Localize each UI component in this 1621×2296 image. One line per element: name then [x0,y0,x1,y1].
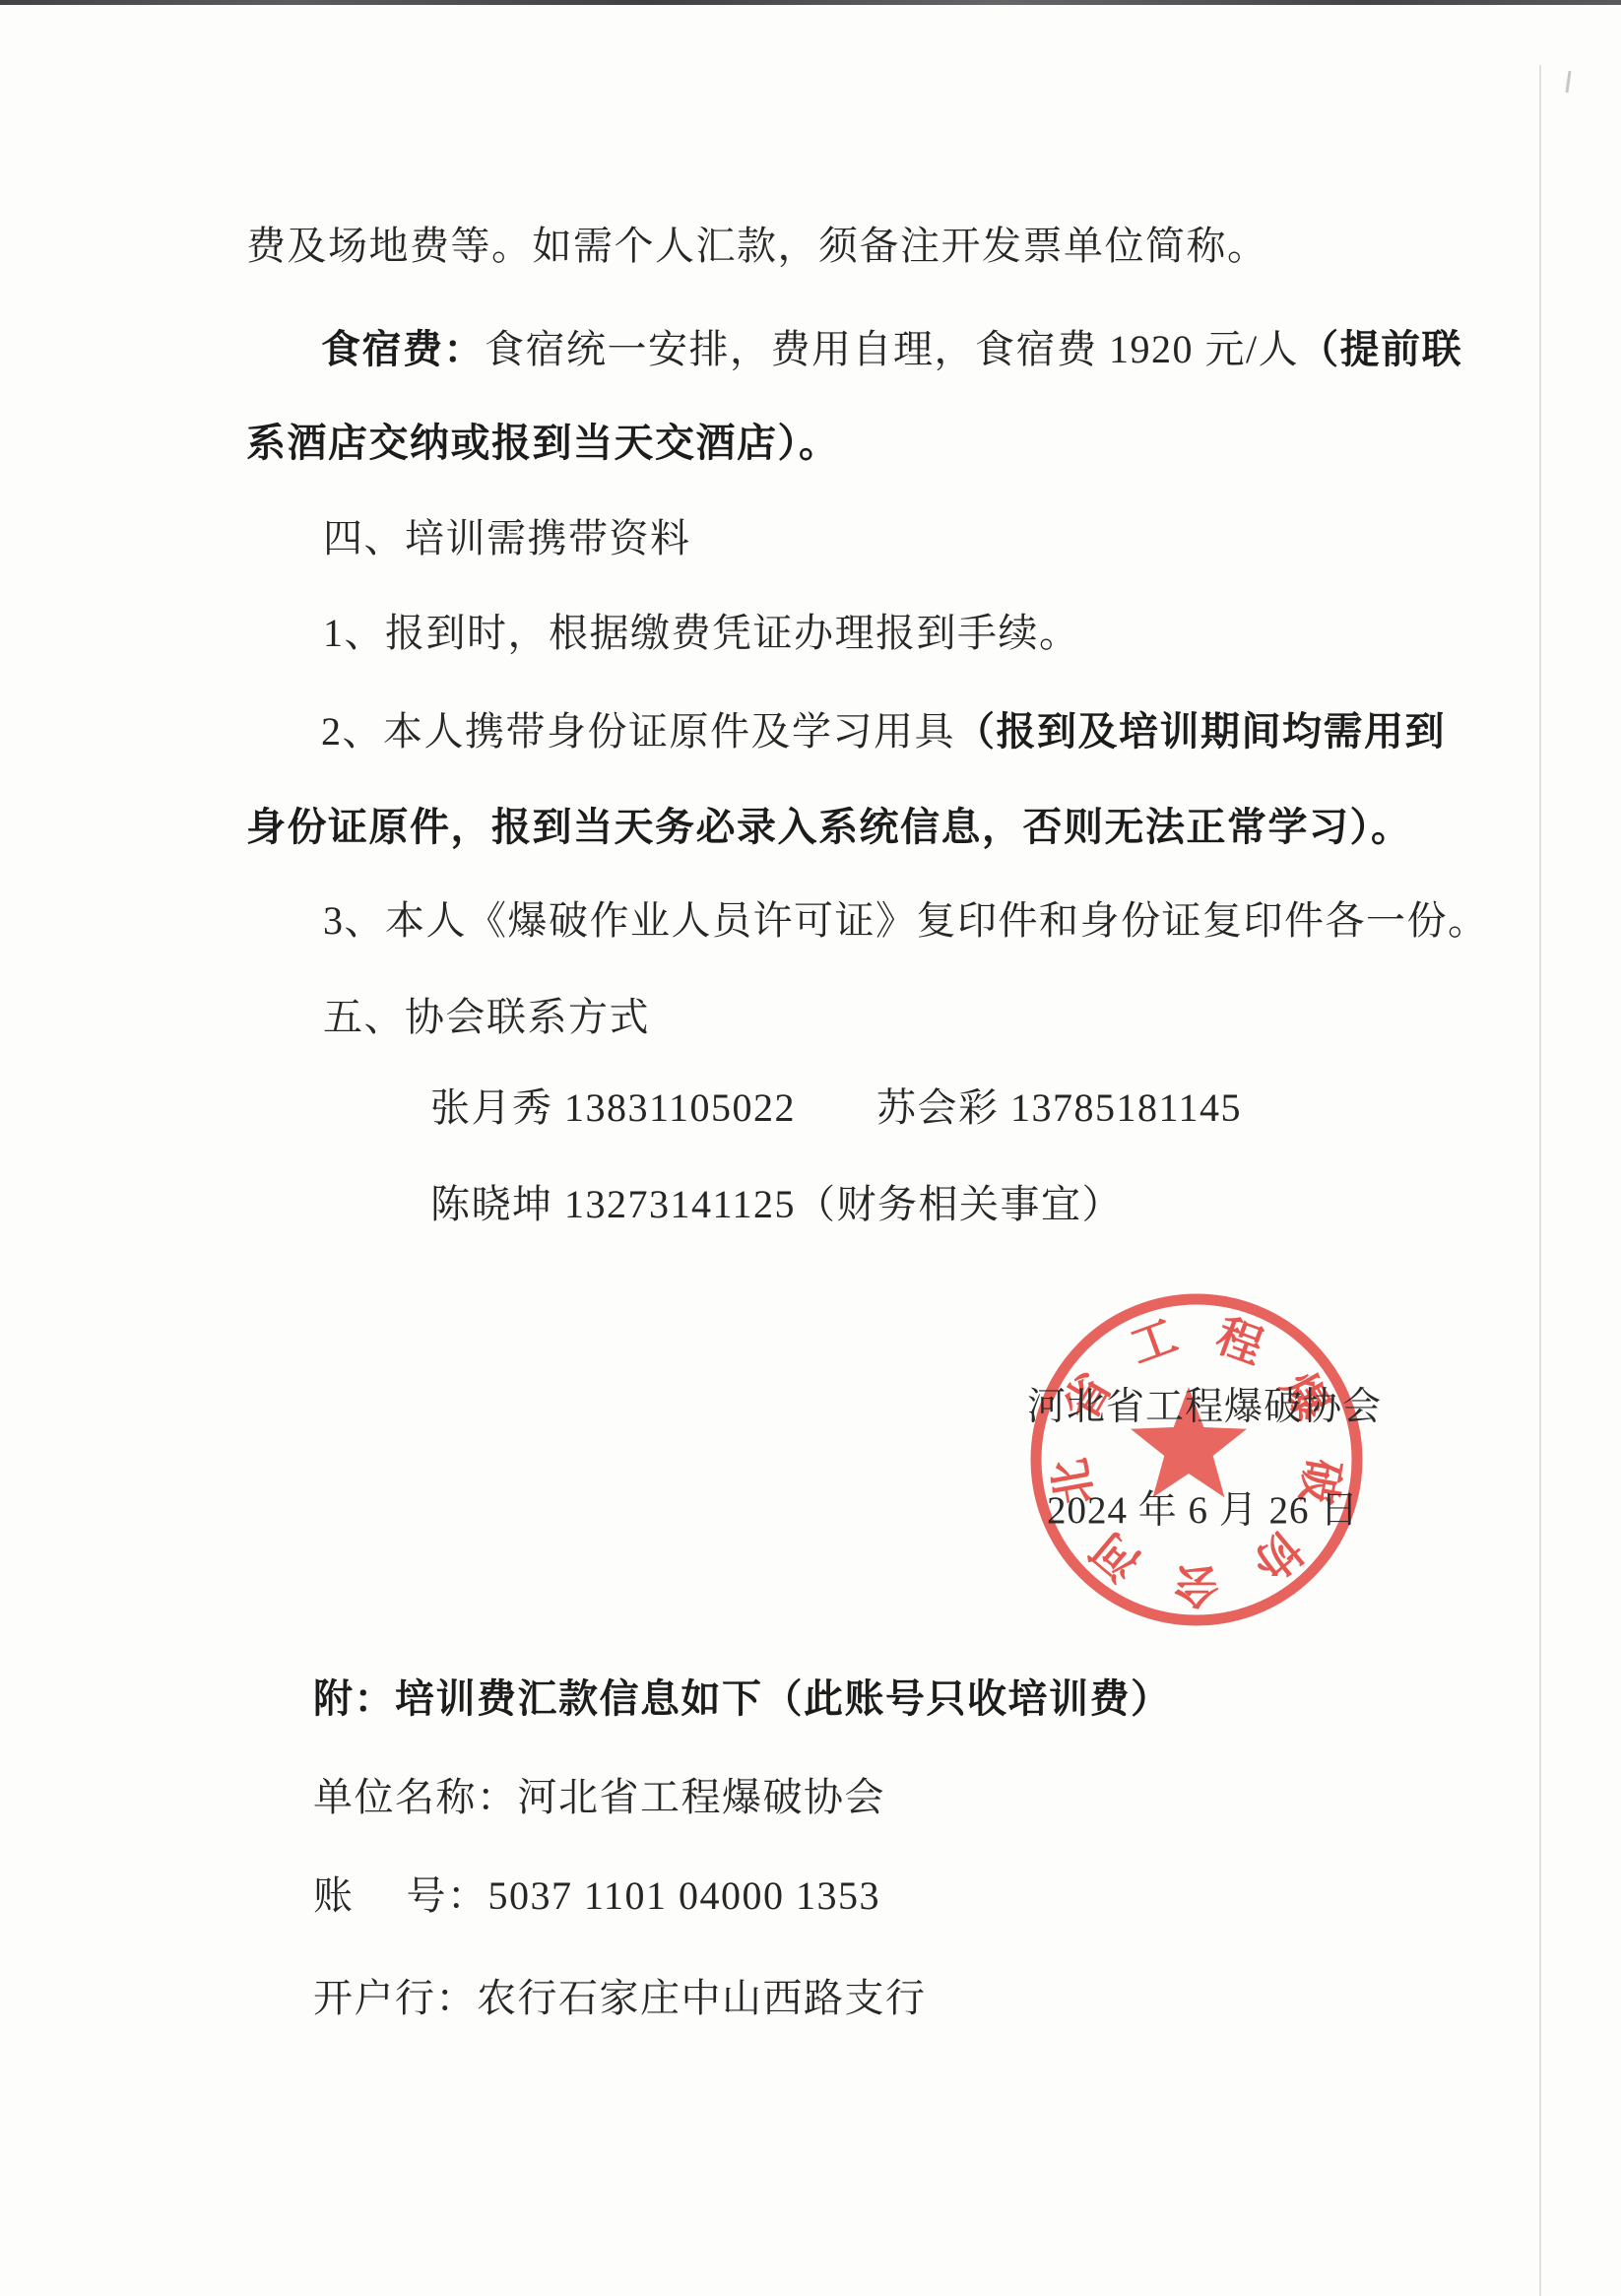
contact-chen: 陈晓坤 13273141125（财务相关事宜） [430,1180,1123,1229]
contact-su: 苏会彩 13785181145 [876,1083,1242,1133]
scan-line-artifact [1539,65,1541,2296]
contact-zhang: 张月秀 13831105022 [430,1083,796,1133]
item2-note-start: （报到及培训期间均需用到 [955,709,1446,754]
paragraph-board-fee: 食宿费：食宿统一安排，费用自理，食宿费 1920 元/人（提前联 [321,325,1462,374]
attachment-account-name: 单位名称：河北省工程爆破协会 [313,1773,885,1822]
seal-char: 会 [1174,1560,1219,1610]
seal-char: 程 [1209,1310,1269,1373]
seal-char: 工 [1124,1310,1184,1373]
list-item-1: 1、报到时，根据缴费凭证办理报到手续。 [323,609,1080,658]
scan-speck-artifact [1565,71,1571,93]
list-item-2: 2、本人携带身份证原件及学习用具（报到及培训期间均需用到 [321,707,1446,756]
section5-heading: 五、协会联系方式 [323,993,650,1042]
paragraph-board-fee-continuation: 系酒店交纳或报到当天交酒店）。 [246,419,840,468]
section4-heading: 四、培训需携带资料 [323,514,691,563]
attachment-bank: 开户行：农行石家庄中山西路支行 [313,1974,927,2023]
board-fee-note-start: （提前联 [1299,327,1462,371]
board-fee-label: 食宿费： [321,327,485,371]
list-item-3: 3、本人《爆破作业人员许可证》复印件和身份证复印件各一份。 [323,896,1489,946]
attachment-title: 附：培训费汇款信息如下（此账号只收培训费） [313,1674,1172,1724]
scanned-document-page: 河 北 省 工 程 爆 破 协 会 费及场地费等。如需个人汇款，须备注开发票单位… [0,0,1621,2296]
item2-text: 2、本人携带身份证原件及学习用具 [321,709,955,754]
paragraph-remittance-continuation: 费及场地费等。如需个人汇款，须备注开发票单位简称。 [246,222,1268,271]
list-item-2-continuation: 身份证原件，报到当天务必录入系统信息，否则无法正常学习）。 [246,803,1412,852]
scan-edge-artifact [0,0,1621,5]
attachment-account-number: 账 号：5037 1101 04000 1353 [313,1871,880,1921]
official-seal-stamp: 河 北 省 工 程 爆 破 协 会 [1019,1273,1374,1647]
signature-date: 2024 年 6 月 26 日 [1047,1487,1359,1535]
signature-organization: 河北省工程爆破协会 [1027,1384,1382,1431]
board-fee-text: 食宿统一安排，费用自理，食宿费 1920 元/人 [485,327,1299,371]
